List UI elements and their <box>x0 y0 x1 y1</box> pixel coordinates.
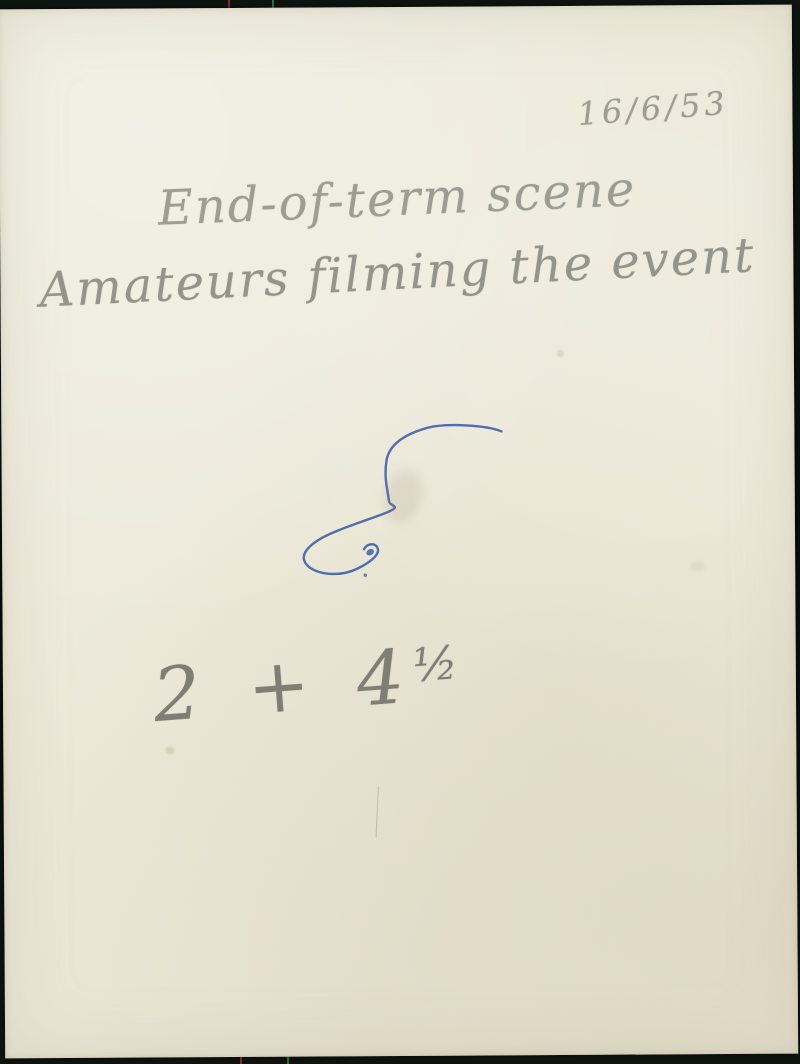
print-size-main: 2 + 4 <box>150 633 417 739</box>
print-size-annotation: 2 + 4½ <box>150 630 461 739</box>
paper-stain <box>557 350 564 357</box>
paper-stain <box>690 561 704 571</box>
caption-line-1: End-of-term scene <box>156 161 637 237</box>
print-size-fraction: ½ <box>411 635 460 692</box>
pencil-scratch-mark <box>376 787 379 837</box>
photo-paper: 16/6/53 End-of-term scene Amateurs filmi… <box>0 5 798 1059</box>
paper-stain <box>165 746 174 754</box>
date-annotation: 16/6/53 <box>576 84 730 133</box>
scanned-photo-back: 16/6/53 End-of-term scene Amateurs filmi… <box>0 0 800 1064</box>
caption-line-2: Amateurs filming the event <box>38 227 756 319</box>
